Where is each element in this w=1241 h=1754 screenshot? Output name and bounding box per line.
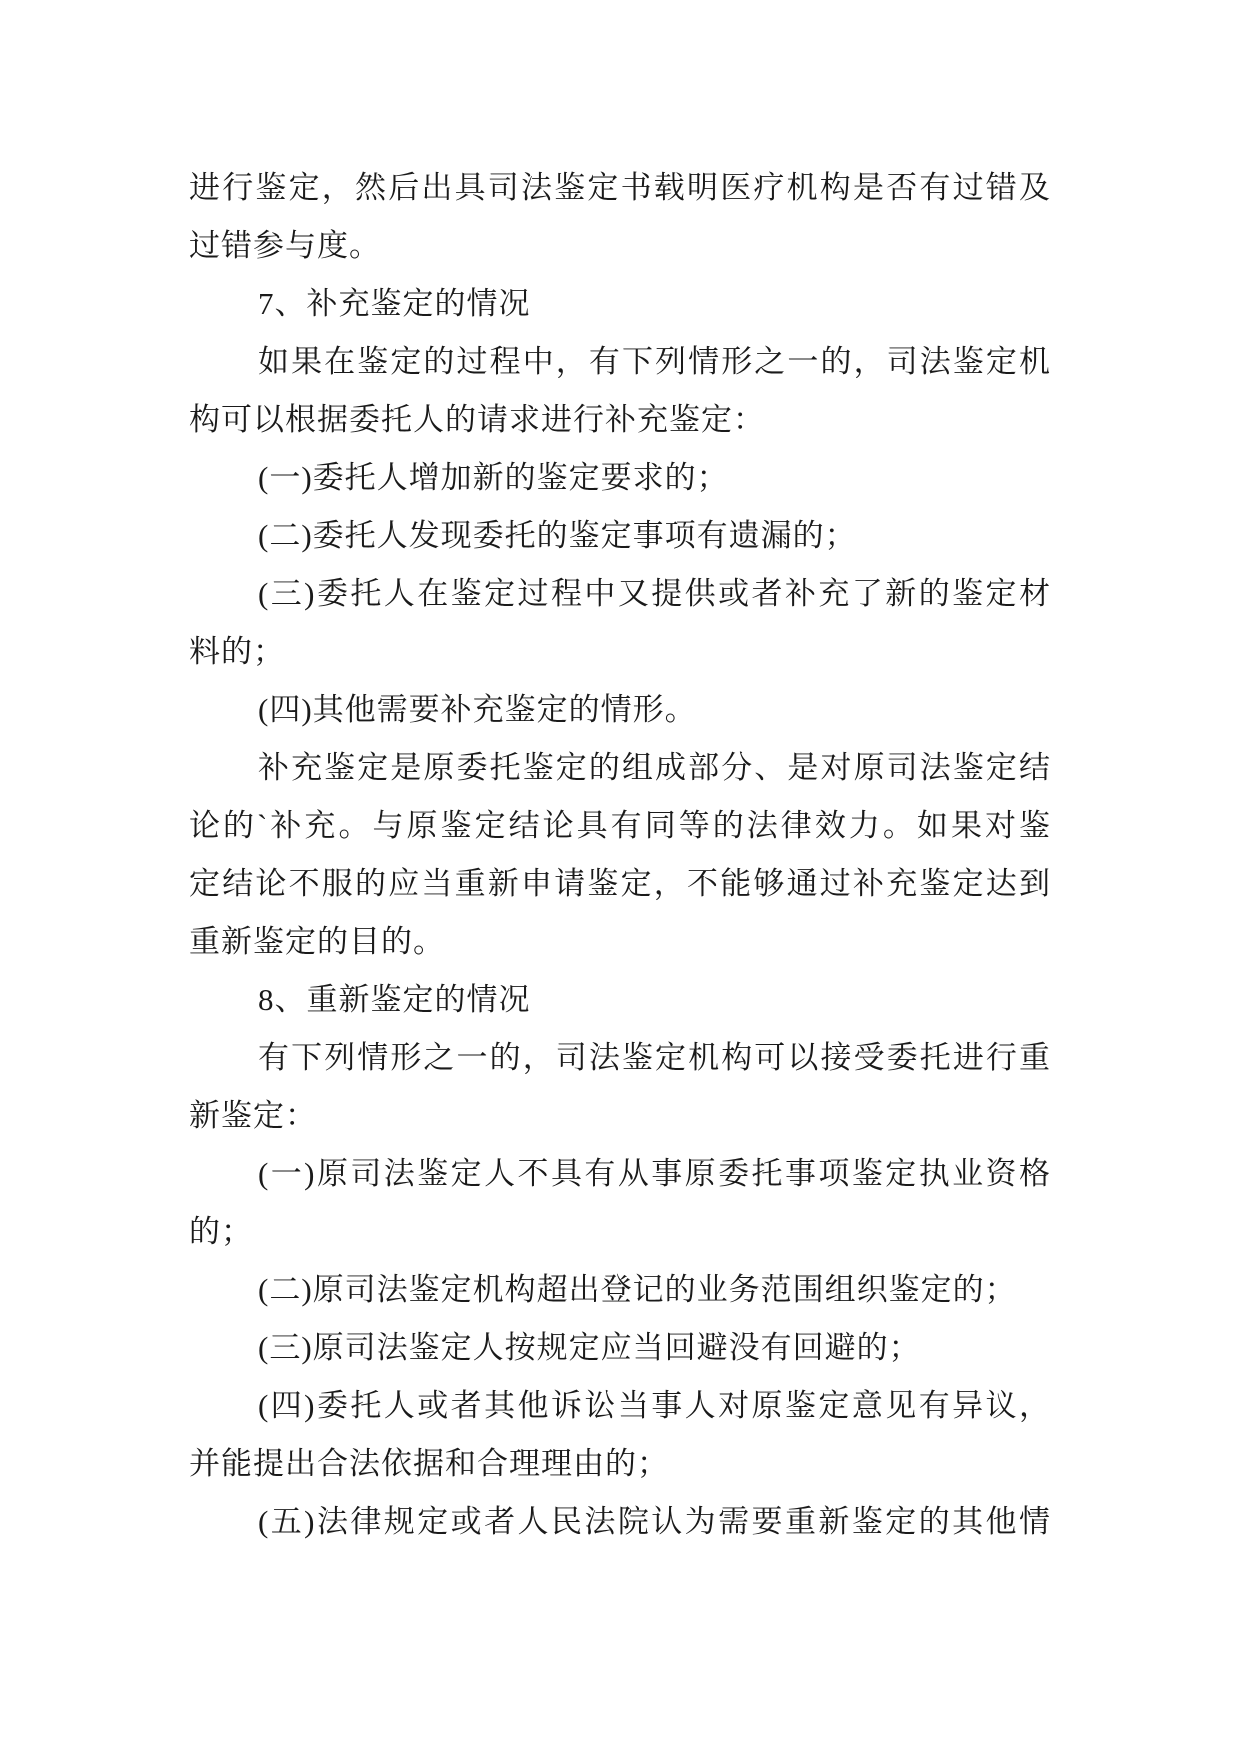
text-line: 有下列情形之一的，司法鉴定机构可以接受委托进行重 <box>189 1029 1051 1087</box>
text-line: 补充鉴定是原委托鉴定的组成部分、是对原司法鉴定结 <box>189 739 1051 797</box>
text-line: 构可以根据委托人的请求进行补充鉴定： <box>189 391 1051 449</box>
text-line: 定结论不服的应当重新申请鉴定，不能够通过补充鉴定达到 <box>189 855 1051 913</box>
text-line: 的； <box>189 1203 1051 1261</box>
document-page: 进行鉴定，然后出具司法鉴定书载明医疗机构是否有过错及过错参与度。7、补充鉴定的情… <box>0 0 1241 1754</box>
text-line: 料的； <box>189 623 1051 681</box>
text-line: (四)委托人或者其他诉讼当事人对原鉴定意见有异议， <box>189 1377 1051 1435</box>
text-line: 并能提出合法依据和合理理由的； <box>189 1435 1051 1493</box>
text-line: (三)委托人在鉴定过程中又提供或者补充了新的鉴定材 <box>189 565 1051 623</box>
text-line: 新鉴定： <box>189 1087 1051 1145</box>
text-line: (二)委托人发现委托的鉴定事项有遗漏的； <box>189 507 1051 565</box>
text-line: (三)原司法鉴定人按规定应当回避没有回避的； <box>189 1319 1051 1377</box>
text-line: 重新鉴定的目的。 <box>189 913 1051 971</box>
text-line: 过错参与度。 <box>189 217 1051 275</box>
text-line: 8、重新鉴定的情况 <box>189 971 1051 1029</box>
document-body: 进行鉴定，然后出具司法鉴定书载明医疗机构是否有过错及过错参与度。7、补充鉴定的情… <box>189 159 1051 1551</box>
text-line: (二)原司法鉴定机构超出登记的业务范围组织鉴定的； <box>189 1261 1051 1319</box>
text-line: 7、补充鉴定的情况 <box>189 275 1051 333</box>
text-line: (五)法律规定或者人民法院认为需要重新鉴定的其他情 <box>189 1493 1051 1551</box>
text-line: (一)原司法鉴定人不具有从事原委托事项鉴定执业资格 <box>189 1145 1051 1203</box>
text-line: 进行鉴定，然后出具司法鉴定书载明医疗机构是否有过错及 <box>189 159 1051 217</box>
text-line: (一)委托人增加新的鉴定要求的； <box>189 449 1051 507</box>
text-line: 如果在鉴定的过程中，有下列情形之一的，司法鉴定机 <box>189 333 1051 391</box>
text-line: (四)其他需要补充鉴定的情形。 <box>189 681 1051 739</box>
text-line: 论的`补充。与原鉴定结论具有同等的法律效力。如果对鉴 <box>189 797 1051 855</box>
